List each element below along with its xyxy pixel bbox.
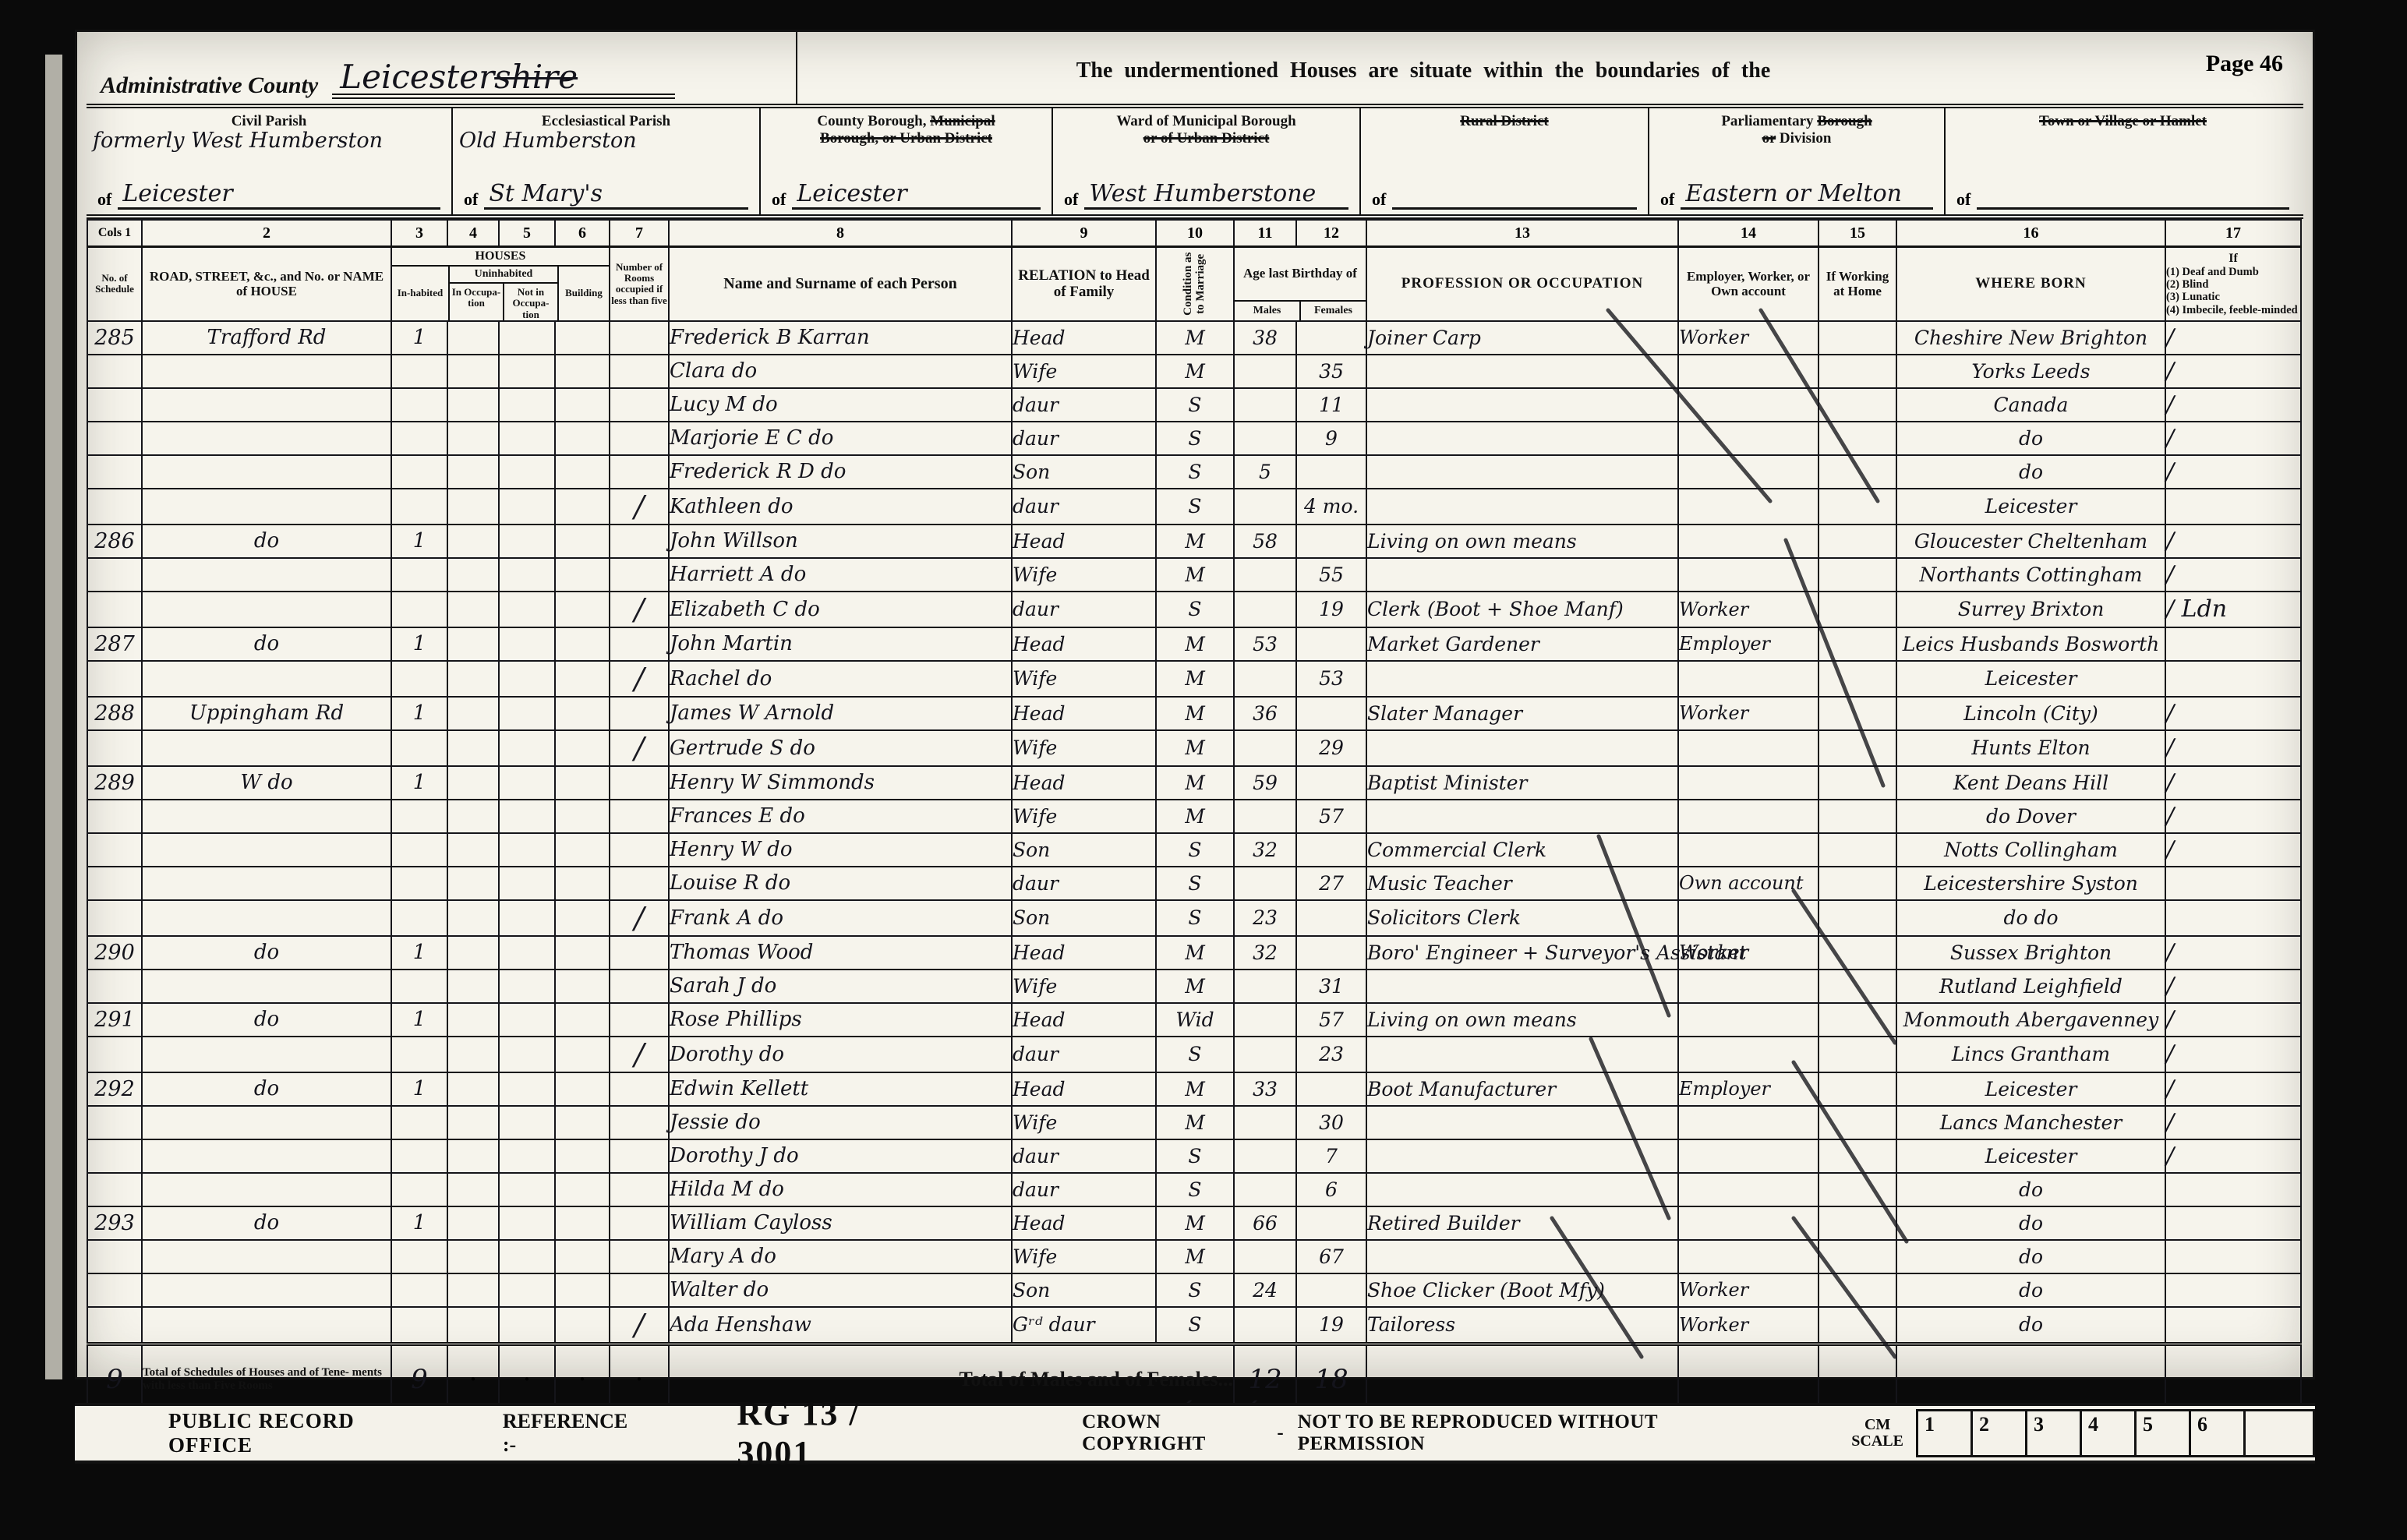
employer-worker [1678,661,1819,697]
civil-parish-value: Leicester [118,182,440,210]
where-born: Surrey Brixton [1896,592,2165,627]
not-in-occupation-cell [499,900,555,936]
marriage-condition: M [1156,936,1234,970]
age-female: 29 [1296,730,1366,766]
inhabited-mark [391,355,447,388]
where-born: Leicester [1896,1072,2165,1106]
person-name: Gertrude S do [669,730,1012,766]
schedule-number [87,1273,142,1307]
age-male [1234,1003,1296,1037]
road-name [142,1273,391,1307]
occupation: Boot Manufacturer [1366,1072,1678,1106]
marriage-condition: M [1156,1072,1234,1106]
road-name [142,355,391,388]
where-born: Sussex Brighton [1896,936,2165,970]
where-born: do Dover [1896,800,2165,833]
in-occupation-cell [447,766,499,800]
table-row: / Rachel do Wife M 53 Leicester [87,661,2301,697]
infirmity-mark: / [2165,558,2301,592]
census-table: Cols 12 34 56 78 910 1112 1314 1516 17 N… [87,219,2302,1452]
age-female [1296,697,1366,730]
working-at-home-cell [1819,321,1896,355]
table-row: Sarah J do Wife M 31 Rutland Leighfield … [87,970,2301,1003]
working-at-home-cell [1819,627,1896,661]
infirmity-mark: / [2165,422,2301,455]
employer-worker [1678,730,1819,766]
road-name: Uppingham Rd [142,697,391,730]
working-at-home-cell [1819,388,1896,422]
where-born: Canada [1896,388,2165,422]
working-at-home-cell [1819,766,1896,800]
inhabited-mark [391,455,447,489]
table-row: / Dorothy do daur S 23 Lincs Grantham / [87,1037,2301,1072]
relation-to-head: Son [1012,1273,1156,1307]
in-occupation-cell [447,833,499,867]
marriage-condition: M [1156,558,1234,592]
relation-to-head: daur [1012,1037,1156,1072]
infirmity-mark [2165,1173,2301,1206]
occupation: Tailoress [1366,1307,1678,1344]
rooms-mark [610,1139,669,1173]
building-cell [555,422,610,455]
header-occupation: PROFESSION OR OCCUPATION [1366,247,1678,321]
building-cell [555,1206,610,1240]
schedule-number [87,1307,142,1344]
admin-county-value: Leicestershire [332,62,675,99]
person-name: Harriett A do [669,558,1012,592]
ecclesiastical-parish-note: Old Humberston [459,129,637,153]
in-occupation-cell [447,900,499,936]
not-in-occupation-cell [499,1240,555,1273]
header-road: ROAD, STREET, &c., and No. or NAME of HO… [142,247,391,321]
road-name [142,833,391,867]
building-cell [555,661,610,697]
age-female: 6 [1296,1173,1366,1206]
table-row: Dorothy J do daur S 7 Leicester / [87,1139,2301,1173]
in-occupation-cell [447,355,499,388]
header-inhabited: In-habited [392,267,450,320]
infirmity-mark: / [2165,766,2301,800]
county-borough-box: County Borough, MunicipalBorough, or Urb… [761,108,1053,214]
relation-to-head: Wife [1012,1240,1156,1273]
parliamentary-division-box: Parliamentary Boroughor Division ofEaste… [1649,108,1946,214]
header-age-group: Age last Birthday of Males Females [1234,247,1366,321]
infirmity-mark: / [2165,970,2301,1003]
occupation [1366,1139,1678,1173]
relation-to-head: Head [1012,1003,1156,1037]
schedule-number: 287 [87,627,142,661]
infirmity-mark: / [2165,730,2301,766]
inhabited-mark: 1 [391,1072,447,1106]
age-male: 32 [1234,936,1296,970]
building-cell [555,592,610,627]
employer-worker: Own account [1678,867,1819,900]
relation-to-head: Wife [1012,800,1156,833]
infirmity-mark: / [2165,1003,2301,1037]
table-row: / Kathleen do daur S 4 mo. Leicester [87,489,2301,525]
where-born: Leics Husbands Bosworth [1896,627,2165,661]
building-cell [555,627,610,661]
infirmity-mark [2165,1307,2301,1344]
marriage-condition: M [1156,970,1234,1003]
relation-to-head: Son [1012,900,1156,936]
schedule-number [87,455,142,489]
in-occupation-cell [447,525,499,558]
road-name [142,1139,391,1173]
relation-to-head: Wife [1012,730,1156,766]
working-at-home-cell [1819,867,1896,900]
not-in-occupation-cell [499,1173,555,1206]
not-in-occupation-cell [499,661,555,697]
age-female: 30 [1296,1106,1366,1139]
road-name [142,661,391,697]
relation-to-head: daur [1012,592,1156,627]
age-male [1234,1307,1296,1344]
occupation [1366,1037,1678,1072]
employer-worker: Employer [1678,627,1819,661]
age-female: 4 mo. [1296,489,1366,525]
marriage-condition: S [1156,388,1234,422]
person-name: Louise R do [669,867,1012,900]
pro-footer: PUBLIC RECORD OFFICE REFERENCE :- RG 13 … [75,1403,2315,1464]
relation-to-head: Wife [1012,355,1156,388]
employer-worker: Worker [1678,592,1819,627]
road-name [142,1037,391,1072]
marriage-condition: S [1156,833,1234,867]
age-female: 35 [1296,355,1366,388]
inhabited-mark: 1 [391,697,447,730]
not-in-occupation-cell [499,800,555,833]
marriage-condition: M [1156,730,1234,766]
employer-worker [1678,766,1819,800]
rooms-mark [610,1106,669,1139]
county-borough-value: Leicester [792,182,1041,210]
building-cell [555,1037,610,1072]
age-female [1296,936,1366,970]
relation-to-head: Son [1012,455,1156,489]
occupation: Boro' Engineer + Surveyor's Assistant [1366,936,1678,970]
parliamentary-division-value: Eastern or Melton [1681,182,1933,210]
road-name [142,489,391,525]
working-at-home-cell [1819,1206,1896,1240]
employer-worker [1678,1037,1819,1072]
marriage-condition: M [1156,627,1234,661]
occupation: Baptist Minister [1366,766,1678,800]
where-born: Leicester [1896,1139,2165,1173]
person-name: Frederick R D do [669,455,1012,489]
inhabited-mark: 1 [391,766,447,800]
building-cell [555,1240,610,1273]
marriage-condition: S [1156,900,1234,936]
in-occupation-cell [447,1240,499,1273]
rooms-mark [610,1240,669,1273]
civil-parish-box: Civil Parish formerly West Humberston of… [87,108,453,214]
not-in-occupation-cell [499,1139,555,1173]
rooms-mark: / [610,900,669,936]
occupation [1366,800,1678,833]
infirmity-mark [2165,1206,2301,1240]
footer-scale-empty-box [2243,1409,2315,1457]
in-occupation-cell [447,558,499,592]
road-name [142,867,391,900]
road-name [142,422,391,455]
inhabited-mark: 1 [391,936,447,970]
in-occupation-cell [447,1106,499,1139]
in-occupation-cell [447,1139,499,1173]
person-name: Rachel do [669,661,1012,697]
working-at-home-cell [1819,455,1896,489]
occupation: Joiner Carp [1366,321,1678,355]
age-male: 33 [1234,1072,1296,1106]
person-name: Henry W do [669,833,1012,867]
infirmity-mark: / [2165,321,2301,355]
in-occupation-cell [447,455,499,489]
working-at-home-cell [1819,1273,1896,1307]
in-occupation-cell [447,321,499,355]
age-male: 36 [1234,697,1296,730]
road-name: do [142,1003,391,1037]
schedule-number [87,800,142,833]
relation-to-head: daur [1012,1139,1156,1173]
rooms-mark [610,1003,669,1037]
relation-to-head: daur [1012,388,1156,422]
infirmity-mark: / [2165,1037,2301,1072]
schedule-number: 292 [87,1072,142,1106]
where-born: Lincs Grantham [1896,1037,2165,1072]
occupation [1366,388,1678,422]
rooms-mark [610,697,669,730]
age-female [1296,1273,1366,1307]
table-row: Marjorie E C do daur S 9 do / [87,422,2301,455]
occupation: Music Teacher [1366,867,1678,900]
road-name [142,388,391,422]
in-occupation-cell [447,1273,499,1307]
table-row: Louise R do daur S 27 Music Teacher Own … [87,867,2301,900]
not-in-occupation-cell [499,1206,555,1240]
not-in-occupation-cell [499,1003,555,1037]
where-born: Lancs Manchester [1896,1106,2165,1139]
working-at-home-cell [1819,1139,1896,1173]
age-male [1234,730,1296,766]
marriage-condition: S [1156,489,1234,525]
age-male: 5 [1234,455,1296,489]
not-in-occupation-cell [499,1072,555,1106]
ward-box: Ward of Municipal Boroughor of Urban Dis… [1053,108,1361,214]
age-female: 57 [1296,800,1366,833]
person-name: Walter do [669,1273,1012,1307]
employer-worker [1678,800,1819,833]
inhabited-mark [391,1106,447,1139]
building-cell [555,730,610,766]
building-cell [555,489,610,525]
infirmity-mark [2165,627,2301,661]
not-in-occupation-cell [499,422,555,455]
person-name: Dorothy do [669,1037,1012,1072]
building-cell [555,388,610,422]
header-working-at-home: If Working at Home [1819,247,1896,321]
age-male [1234,970,1296,1003]
not-in-occupation-cell [499,936,555,970]
occupation [1366,1173,1678,1206]
occupation [1366,355,1678,388]
not-in-occupation-cell [499,970,555,1003]
header-females: Females [1301,302,1366,320]
rooms-mark [610,1206,669,1240]
admin-county-band: Administrative County Leicestershire The… [87,32,2303,108]
employer-worker [1678,1003,1819,1037]
inhabited-mark [391,489,447,525]
schedule-number: 289 [87,766,142,800]
rooms-mark [610,936,669,970]
rooms-mark [610,355,669,388]
employer-worker [1678,558,1819,592]
marriage-condition: S [1156,867,1234,900]
table-row: Henry W do Son S 32 Commercial Clerk Not… [87,833,2301,867]
person-name: Frederick B Karran [669,321,1012,355]
occupation: Clerk (Boot + Shoe Manf) [1366,592,1678,627]
age-male [1234,1139,1296,1173]
infirmity-mark: / [2165,936,2301,970]
occupation [1366,422,1678,455]
rooms-mark: / [610,1037,669,1072]
employer-worker [1678,970,1819,1003]
building-cell [555,867,610,900]
schedule-number [87,833,142,867]
occupation [1366,558,1678,592]
employer-worker [1678,1206,1819,1240]
occupation [1366,455,1678,489]
rooms-mark [610,1173,669,1206]
employer-worker: Worker [1678,1307,1819,1344]
rooms-mark [610,321,669,355]
relation-to-head: Head [1012,766,1156,800]
age-female [1296,627,1366,661]
table-row: 292 do 1 Edwin Kellett Head M 33 Boot Ma… [87,1072,2301,1106]
building-cell [555,455,610,489]
relation-to-head: Head [1012,525,1156,558]
not-in-occupation-cell [499,388,555,422]
occupation: Living on own means [1366,1003,1678,1037]
header-building: Building [559,267,609,320]
marriage-condition: M [1156,1106,1234,1139]
building-cell [555,833,610,867]
where-born: Leicester [1896,661,2165,697]
working-at-home-cell [1819,936,1896,970]
rooms-mark: / [610,489,669,525]
age-male [1234,1173,1296,1206]
schedule-number: 293 [87,1206,142,1240]
in-occupation-cell [447,800,499,833]
marriage-condition: M [1156,525,1234,558]
relation-to-head: daur [1012,422,1156,455]
age-male [1234,422,1296,455]
road-name [142,730,391,766]
marriage-condition: S [1156,1139,1234,1173]
marriage-condition: S [1156,1273,1234,1307]
working-at-home-cell [1819,661,1896,697]
employer-worker [1678,455,1819,489]
ecclesiastical-parish-value: St Mary's [484,182,748,210]
working-at-home-cell [1819,355,1896,388]
working-at-home-cell [1819,558,1896,592]
ward-value: West Humberstone [1084,182,1348,210]
inhabited-mark [391,833,447,867]
building-cell [555,766,610,800]
marriage-condition: S [1156,1037,1234,1072]
page-number: Page 46 [2049,51,2303,104]
person-name: John Willson [669,525,1012,558]
schedule-number [87,730,142,766]
not-in-occupation-cell [499,592,555,627]
header-rooms: Number of Rooms occupied if less than fi… [610,247,669,321]
in-occupation-cell [447,592,499,627]
employer-worker [1678,1139,1819,1173]
occupation: Solicitors Clerk [1366,900,1678,936]
occupation: Shoe Clicker (Boot Mfy) [1366,1273,1678,1307]
table-row: Clara do Wife M 35 Yorks Leeds / [87,355,2301,388]
infirmity-mark [2165,1240,2301,1273]
header-name: Name and Surname of each Person [669,247,1012,321]
not-in-occupation-cell [499,321,555,355]
in-occupation-cell [447,1307,499,1344]
working-at-home-cell [1819,525,1896,558]
person-name: Hilda M do [669,1173,1012,1206]
building-cell [555,321,610,355]
working-at-home-cell [1819,1106,1896,1139]
schedule-number [87,661,142,697]
where-born: Leicestershire Syston [1896,867,2165,900]
building-cell [555,558,610,592]
in-occupation-cell [447,970,499,1003]
admin-county-box: Administrative County Leicestershire [87,32,797,104]
working-at-home-cell [1819,900,1896,936]
employer-worker: Employer [1678,1072,1819,1106]
table-row: Frances E do Wife M 57 do Dover / [87,800,2301,833]
age-male: 23 [1234,900,1296,936]
footer-scale-label: CMSCALE [1851,1417,1903,1450]
age-male: 38 [1234,321,1296,355]
relation-to-head: Wife [1012,1106,1156,1139]
where-born: Hunts Elton [1896,730,2165,766]
rooms-mark [610,970,669,1003]
inhabited-mark [391,1037,447,1072]
infirmity-mark: / [2165,1139,2301,1173]
road-name: W do [142,766,391,800]
inhabited-mark [391,1240,447,1273]
relation-to-head: Wife [1012,558,1156,592]
occupation [1366,489,1678,525]
marriage-condition: M [1156,800,1234,833]
infirmity-mark: / [2165,355,2301,388]
not-in-occupation-cell [499,1106,555,1139]
schedule-number [87,1139,142,1173]
marriage-condition: M [1156,355,1234,388]
working-at-home-cell [1819,1173,1896,1206]
working-at-home-cell [1819,730,1896,766]
in-occupation-cell [447,730,499,766]
rooms-mark [610,525,669,558]
road-name: do [142,627,391,661]
road-name [142,1173,391,1206]
employer-worker [1678,489,1819,525]
age-female: 9 [1296,422,1366,455]
where-born: Yorks Leeds [1896,355,2165,388]
working-at-home-cell [1819,970,1896,1003]
employer-worker: Worker [1678,1273,1819,1307]
rural-district-box: Rural District of [1361,108,1649,214]
infirmity-mark: / [2165,697,2301,730]
age-male [1234,489,1296,525]
